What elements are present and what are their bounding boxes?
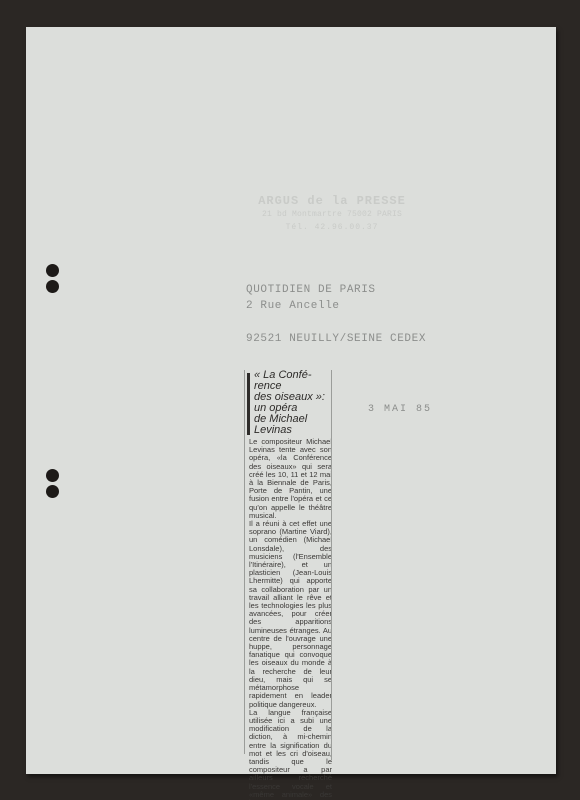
column-rule [331, 370, 332, 760]
punch-hole [46, 280, 59, 293]
newspaper-clipping: « La Confé- rence des oiseaux »: un opér… [244, 370, 332, 754]
date-stamp: 3 MAI 85 [368, 404, 432, 415]
article-headline: « La Confé- rence des oiseaux »: un opér… [254, 370, 332, 436]
punch-hole [46, 264, 59, 277]
punch-hole [46, 485, 59, 498]
agency-stamp: ARGUS de la PRESSE 21 bd Montmartre 7500… [252, 195, 412, 234]
headline-bar [247, 373, 250, 435]
stamp-line-3: Tél. 42.96.00.37 [252, 221, 412, 234]
stamp-line-2: 21 bd Montmartre 75002 PARIS [252, 208, 412, 221]
punch-hole [46, 469, 59, 482]
article-paragraph: La langue française utilisée ici a subi … [249, 709, 332, 800]
article-body: Le compositeur Michael Levinas tente ave… [249, 438, 332, 800]
document-page: ARGUS de la PRESSE 21 bd Montmartre 7500… [26, 27, 556, 774]
publication-name: QUOTIDIEN DE PARIS [246, 284, 376, 296]
stamp-line-1: ARGUS de la PRESSE [252, 195, 412, 208]
publication-street: 2 Rue Ancelle [246, 300, 340, 312]
publication-city: 92521 NEUILLY/SEINE CEDEX [246, 333, 426, 345]
article-paragraph: Le compositeur Michael Levinas tente ave… [249, 438, 332, 520]
article-paragraph: Il a réuni à cet effet une soprano (Mart… [249, 520, 332, 709]
article-paragraph-text: La langue française utilisée ici a subi … [249, 708, 332, 800]
